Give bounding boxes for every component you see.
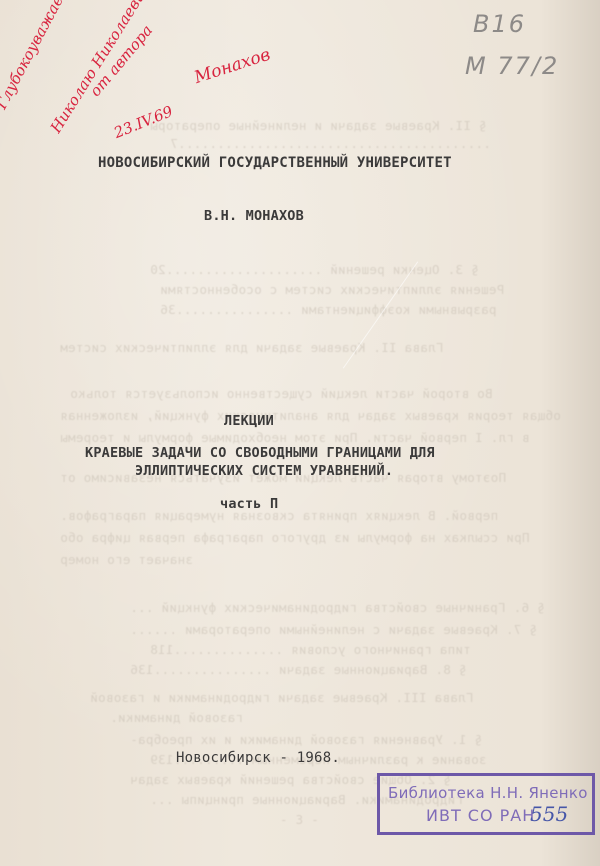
- bleed-through-text: ........................................…: [170, 136, 491, 151]
- author-signature: Монахов: [192, 45, 273, 88]
- bleed-through-text: При ссылках на формулы из другого парагр…: [60, 530, 530, 545]
- stamp-library-name: Библиотека Н.Н. Яненко: [388, 784, 588, 802]
- bleed-through-text: типа граничного условия ..............11…: [150, 642, 471, 657]
- author-name: В.Н. МОНАХОВ: [204, 208, 304, 224]
- bleed-through-page-number: - 3 -: [280, 812, 319, 827]
- place-and-year: Новосибирск - 1968.: [176, 750, 340, 766]
- bleed-through-text: первой. В лекциях принята сквозная нумер…: [60, 508, 498, 523]
- bleed-through-text: § 3. Оценки решений ....................…: [150, 262, 479, 277]
- dedication-date: 23.IV.69: [111, 102, 175, 142]
- bleed-through-text: общая теория краевых задач для аналитиче…: [60, 408, 561, 423]
- bleed-through-text: § II. Краевые задачи и нелинейные операт…: [150, 118, 487, 133]
- bleed-through-text: Глава II. Краевые задачи для эллиптическ…: [60, 340, 443, 355]
- pencil-catalog-code: M 77/2: [465, 52, 559, 80]
- bleed-through-text: Глава III. Краевые задачи гидродинамики …: [90, 690, 473, 705]
- pencil-catalog-code: B16: [473, 10, 526, 38]
- library-stamp: Библиотека Н.Н. Яненко ИВТ СО РАН 555: [377, 773, 595, 835]
- scanned-title-page: § II. Краевые задачи и нелинейные операт…: [0, 0, 600, 866]
- bleed-through-text: § 1. Уравнения газовой динамики и их пре…: [130, 732, 482, 747]
- part-label: часть П: [220, 496, 278, 512]
- bleed-through-text: разрывными коэффициентами ..............…: [160, 302, 497, 317]
- bleed-through-text: Во второй части лекций существенно испол…: [70, 386, 493, 401]
- stamp-inventory-number: 555: [530, 802, 568, 826]
- series-label: ЛЕКЦИИ: [224, 413, 274, 429]
- title-line-2: ЭЛЛИПТИЧЕСКИХ СИСТЕМ УРАВНЕНИЙ.: [135, 463, 393, 479]
- stamp-institute: ИВТ СО РАН: [426, 806, 535, 825]
- title-line-1: КРАЕВЫЕ ЗАДАЧИ СО СВОБОДНЫМИ ГРАНИЦАМИ Д…: [85, 445, 435, 461]
- bleed-through-text: § 6. Граничные свойства гидродинамически…: [130, 600, 545, 615]
- bleed-through-text: Решения эллиптических систем с особеннос…: [160, 282, 504, 297]
- bleed-through-text: газовой динамики.: [110, 710, 243, 725]
- bleed-through-text: § 7. Краевые задачи с нелинейными операт…: [130, 622, 537, 637]
- bleed-through-text: в гл. I первой части. При этом необходим…: [60, 430, 530, 445]
- bleed-through-text: § 8. Вариационные задачи ...............…: [130, 662, 467, 677]
- institution-name: НОВОСИБИРСКИЙ ГОСУДАРСТВЕННЫЙ УНИВЕРСИТЕ…: [98, 155, 452, 171]
- bleed-through-text: значает его номер: [60, 552, 193, 567]
